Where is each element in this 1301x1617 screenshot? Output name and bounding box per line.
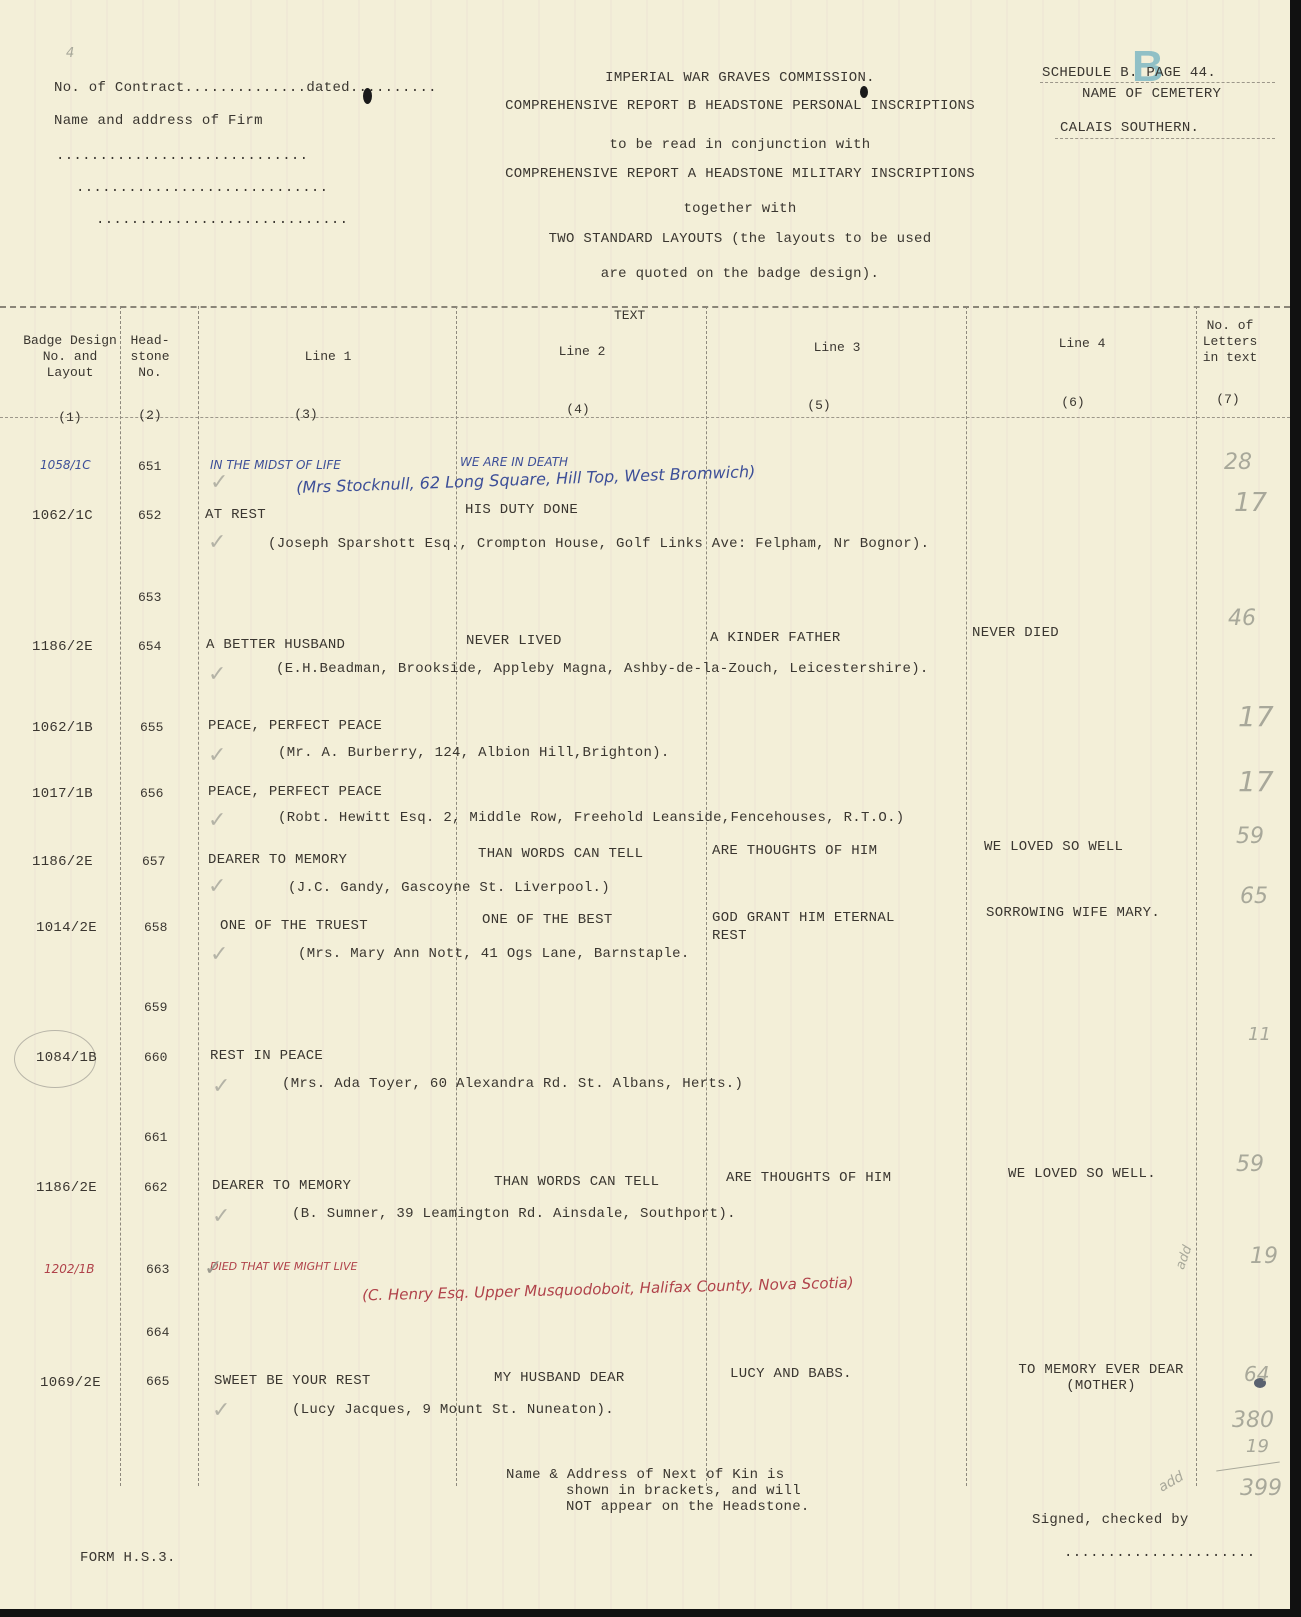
row-652-stone: 652 (138, 508, 161, 523)
row-651-stone: 651 (138, 459, 161, 474)
check-mark-icon: ✓ (208, 808, 226, 833)
row-656-line1: PEACE, PERFECT PEACE (208, 784, 382, 800)
firm-line-3: ............................. (96, 212, 348, 228)
row-662-line1: DEARER TO MEMORY (212, 1178, 351, 1194)
scan-edge (0, 1609, 1301, 1617)
tally-added: 19 (1246, 1436, 1269, 1457)
row-657-kin: (J.C. Gandy, Gascoyne St. Liverpool.) (288, 880, 610, 896)
check-mark-icon: ✓ (210, 942, 228, 967)
add-note: add (1173, 1243, 1195, 1271)
row-657-line3: ARE THOUGHTS OF HIM (712, 843, 877, 859)
col-header-letters: No. of Letters in text (1198, 318, 1262, 366)
row-665-stone: 665 (146, 1374, 169, 1389)
firm-label: Name and address of Firm (54, 113, 263, 129)
row-657-badge: 1186/2E (32, 854, 93, 870)
row-658-letters: 65 (1240, 884, 1268, 909)
row-661-stone: 661 (144, 1130, 167, 1145)
row-657-line1: DEARER TO MEMORY (208, 852, 347, 868)
row-660-kin: (Mrs. Ada Toyer, 60 Alexandra Rd. St. Al… (282, 1076, 743, 1092)
divider (1055, 138, 1275, 139)
footnote-line-3: NOT appear on the Headstone. (566, 1499, 810, 1515)
table-header-rule (0, 417, 1290, 418)
row-658-kin: (Mrs. Mary Ann Nott, 41 Ogs Lane, Barnst… (298, 946, 690, 962)
tally-subtotal: 380 (1232, 1408, 1274, 1433)
check-mark-icon: ✓ (208, 530, 226, 555)
title-line-7: are quoted on the badge design). (470, 266, 1010, 282)
row-657-stone: 657 (142, 854, 165, 869)
column-divider (1196, 306, 1197, 1486)
col-num: (4) (458, 402, 698, 417)
row-657-line4: WE LOVED SO WELL (984, 839, 1123, 855)
row-662-line4: WE LOVED SO WELL. (1008, 1166, 1156, 1182)
col-num: (3) (200, 407, 412, 422)
title-line-2: COMPREHENSIVE REPORT B HEADSTONE PERSONA… (470, 98, 1010, 114)
text-group-label: TEXT (614, 308, 645, 323)
col-num: (2) (122, 408, 178, 423)
title-line-4: COMPREHENSIVE REPORT A HEADSTONE MILITAR… (470, 166, 1010, 182)
check-mark-icon: ✓ (212, 1398, 230, 1423)
col-header-line3: Line 3 (708, 340, 966, 356)
column-divider (198, 306, 199, 1486)
row-665-badge: 1069/2E (40, 1375, 101, 1391)
form-id: FORM H.S.3. (80, 1550, 176, 1566)
row-660-stone: 660 (144, 1050, 167, 1065)
row-662-badge: 1186/2E (36, 1180, 97, 1196)
title-line-6: TWO STANDARD LAYOUTS (the layouts to be … (470, 231, 1010, 247)
title-line-1: IMPERIAL WAR GRAVES COMMISSION. (470, 70, 1010, 86)
row-665-line3: LUCY AND BABS. (730, 1366, 852, 1382)
ink-blot (363, 88, 372, 104)
row-657-line2: THAN WORDS CAN TELL (478, 846, 643, 862)
row-652-line2: HIS DUTY DONE (465, 502, 578, 518)
col-header-badge: Badge Design No. and Layout (22, 333, 118, 381)
row-659-stone: 659 (144, 1000, 167, 1015)
row-662-stone: 662 (144, 1180, 167, 1195)
row-656-stone: 656 (140, 786, 163, 801)
signature-line: ...................... (1064, 1545, 1255, 1561)
col-header-line2: Line 2 (458, 344, 706, 360)
col-num: (7) (1198, 392, 1258, 407)
row-654-line2: NEVER LIVED (466, 633, 562, 649)
check-mark-icon: ✓ (212, 1204, 230, 1229)
row-655-stone: 655 (140, 720, 163, 735)
row-655-line1: PEACE, PERFECT PEACE (208, 718, 382, 734)
firm-line-2: ............................. (76, 180, 328, 196)
row-660-letters: 11 (1248, 1024, 1271, 1045)
row-665-line1: SWEET BE YOUR REST (214, 1373, 371, 1389)
check-mark-icon: ✓ (204, 1256, 222, 1281)
signed-label: Signed, checked by (1032, 1512, 1189, 1528)
row-658-line4: SORROWING WIFE MARY. (986, 905, 1160, 921)
check-mark-icon: ✓ (208, 874, 226, 899)
row-657-letters: 59 (1236, 824, 1264, 849)
column-divider (706, 306, 707, 1486)
row-665-letters: 64 (1244, 1362, 1269, 1386)
check-mark-icon: ✓ (212, 1074, 230, 1099)
row-656-badge: 1017/1B (32, 786, 93, 802)
row-656-kin: (Robt. Hewitt Esq. 2, Middle Row, Freeho… (278, 810, 905, 826)
divider (1040, 82, 1275, 83)
row-658-line2: ONE OF THE BEST (482, 912, 613, 928)
row-651-line1: IN THE MIDST OF LIFE (210, 458, 341, 472)
row-665-kin: (Lucy Jacques, 9 Mount St. Nuneaton). (292, 1402, 614, 1418)
row-665-line4: TO MEMORY EVER DEAR (MOTHER) (1006, 1362, 1196, 1394)
row-652-kin: (Joseph Sparshott Esq., Crompton House, … (268, 536, 929, 552)
col-header-stone: Head-stone No. (122, 333, 178, 381)
title-line-5: together with (470, 201, 1010, 217)
row-654-badge: 1186/2E (32, 639, 93, 655)
row-660-badge: 1084/1B (36, 1050, 97, 1066)
row-663-stone: 663 (146, 1262, 169, 1277)
tally-total: 399 (1240, 1476, 1282, 1501)
row-658-stone: 658 (144, 920, 167, 935)
col-header-line1: Line 1 (200, 349, 456, 365)
row-664-stone: 664 (146, 1325, 169, 1340)
row-654-stone: 654 (138, 639, 161, 654)
contract-field: No. of Contract..............dated......… (54, 80, 437, 96)
scan-edge (1290, 0, 1301, 1617)
schedule-page: SCHEDULE B. PAGE 44. (1042, 65, 1216, 81)
corner-mark: 4 (66, 46, 74, 61)
row-663-line1: DIED THAT WE MIGHT LIVE (210, 1260, 357, 1273)
check-mark-icon: ✓ (210, 470, 228, 495)
ink-blot (860, 86, 868, 98)
add-note-2: add (1156, 1468, 1187, 1495)
footnote-line-2: shown in brackets, and will (566, 1483, 801, 1499)
row-654-line1: A BETTER HUSBAND (206, 637, 345, 653)
row-651-badge: 1058/1C (40, 458, 91, 472)
col-num: (1) (22, 410, 118, 425)
row-654-line4: NEVER DIED (972, 625, 1059, 641)
footnote-line-1: Name & Address of Next of Kin is (506, 1467, 784, 1483)
cemetery-name: CALAIS SOUTHERN. (1060, 120, 1199, 136)
row-662-kin: (B. Sumner, 39 Leamington Rd. Ainsdale, … (292, 1206, 736, 1222)
row-654-letters: 46 (1228, 606, 1256, 631)
col-header-line4: Line 4 (968, 336, 1196, 352)
column-divider (966, 306, 967, 1486)
row-655-badge: 1062/1B (32, 720, 93, 736)
row-663-letters: 19 (1250, 1244, 1278, 1269)
row-663-kin: (C. Henry Esq. Upper Musquodoboit, Halif… (362, 1274, 854, 1305)
row-665-line2: MY HUSBAND DEAR (494, 1370, 625, 1386)
row-660-line1: REST IN PEACE (210, 1048, 323, 1064)
row-658-line1: ONE OF THE TRUEST (220, 918, 368, 934)
firm-line-1: ............................. (56, 148, 308, 164)
title-line-3: to be read in conjunction with (470, 137, 1010, 153)
row-654-kin: (E.H.Beadman, Brookside, Appleby Magna, … (276, 661, 929, 677)
row-658-badge: 1014/2E (36, 920, 97, 936)
row-662-line2: THAN WORDS CAN TELL (494, 1174, 659, 1190)
row-652-line1: AT REST (205, 507, 266, 523)
column-divider (120, 306, 121, 1486)
row-653-stone: 653 (138, 590, 161, 605)
row-654-line3: A KINDER FATHER (710, 630, 841, 646)
col-num: (6) (968, 395, 1178, 410)
cemetery-label: NAME OF CEMETERY (1082, 86, 1221, 102)
row-655-kin: (Mr. A. Burberry, 124, Albion Hill,Brigh… (278, 745, 670, 761)
row-662-line3: ARE THOUGHTS OF HIM (726, 1170, 891, 1186)
row-662-letters: 59 (1236, 1152, 1264, 1177)
check-mark-icon: ✓ (208, 662, 226, 687)
row-655-letters: 17 (1238, 700, 1274, 733)
document-page: 4 No. of Contract..............dated....… (0, 0, 1290, 1610)
row-652-letters: 17 (1234, 488, 1267, 518)
row-658-line3: GOD GRANT HIM ETERNAL REST (712, 909, 922, 945)
row-651-line2: WE ARE IN DEATH (460, 455, 568, 469)
tally-rule (1216, 1462, 1280, 1472)
col-num: (5) (708, 398, 930, 413)
row-651-letters: 28 (1224, 450, 1252, 475)
row-652-badge: 1062/1C (32, 508, 93, 524)
check-mark-icon: ✓ (208, 743, 226, 768)
row-663-badge: 1202/1B (44, 1262, 94, 1276)
row-656-letters: 17 (1238, 765, 1274, 798)
